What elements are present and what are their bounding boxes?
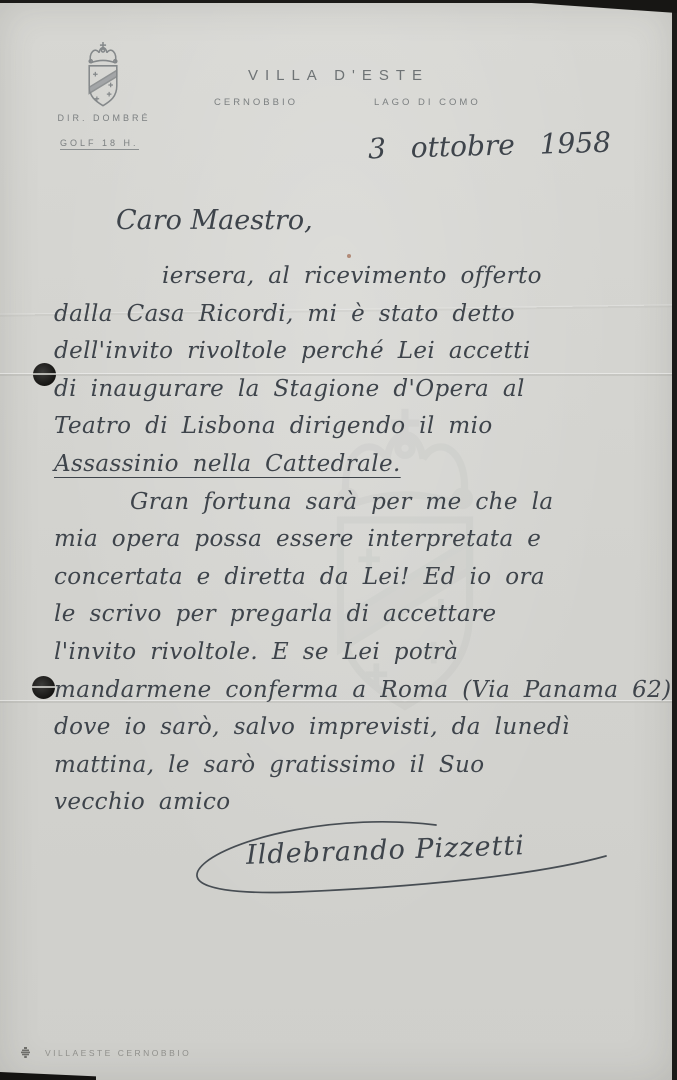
letter-line: Teatro di Lisbona dirigendo il mio xyxy=(54,413,644,451)
letter-paper: DIR. DOMBRÉ GOLF 18 H. VILLA D'ESTE CERN… xyxy=(0,3,672,1080)
letter-line: dalla Casa Ricordi, mi è stato detto xyxy=(54,301,644,339)
letter-line: mandarmene conferma a Roma (Via Panama 6… xyxy=(54,677,644,715)
stamp-emblem-icon xyxy=(20,1047,31,1058)
paper-speck xyxy=(347,254,351,258)
letter-line: Gran fortuna sarà per me che la xyxy=(54,489,644,527)
letter-line: di inaugurare la Stagione d'Opera al xyxy=(54,376,644,414)
letter-line: iersera, al ricevimento offerto xyxy=(54,263,644,301)
letter-date: 3 ottobre 1958 xyxy=(368,126,612,166)
location-cernobbio: CERNOBBIO xyxy=(214,97,298,108)
signature-block: Ildebrando Pizzetti xyxy=(168,815,618,910)
golf-line-text: GOLF 18 H. xyxy=(60,138,139,150)
director-line: DIR. DOMBRÉ xyxy=(54,113,154,123)
letter-body: iersera, al ricevimento offerto dalla Ca… xyxy=(54,263,644,827)
letter-line: dell'invito rivoltole perché Lei accetti xyxy=(54,338,644,376)
footer-stamp: VILLAESTE CERNOBBIO xyxy=(20,1047,191,1058)
letter-line: mia opera possa essere interpretata e xyxy=(54,526,644,564)
punch-hole-top xyxy=(33,363,56,386)
letter-line-opera-title: Assassinio nella Cattedrale. xyxy=(54,451,644,489)
letter-photo: { "letterhead": { "crest_icon": "heraldi… xyxy=(0,0,677,1080)
letter-line: concertata e diretta da Lei! Ed io ora xyxy=(54,564,644,602)
letter-line: dove io sarò, salvo imprevisti, da luned… xyxy=(54,714,644,752)
location-lago-di-como: LAGO DI COMO xyxy=(374,97,481,108)
letter-line: l'invito rivoltole. E se Lei potrà xyxy=(54,639,644,677)
punch-hole-bottom xyxy=(32,676,55,699)
salutation: Caro Maestro, xyxy=(116,205,313,236)
letter-line: le scrivo per pregarla di accettare xyxy=(54,601,644,639)
stamp-text: VILLAESTE CERNOBBIO xyxy=(45,1048,191,1058)
hotel-name: VILLA D'ESTE xyxy=(0,67,677,84)
letter-line: mattina, le sarò gratissimo il Suo xyxy=(54,752,644,790)
golf-line: GOLF 18 H. xyxy=(60,138,139,148)
